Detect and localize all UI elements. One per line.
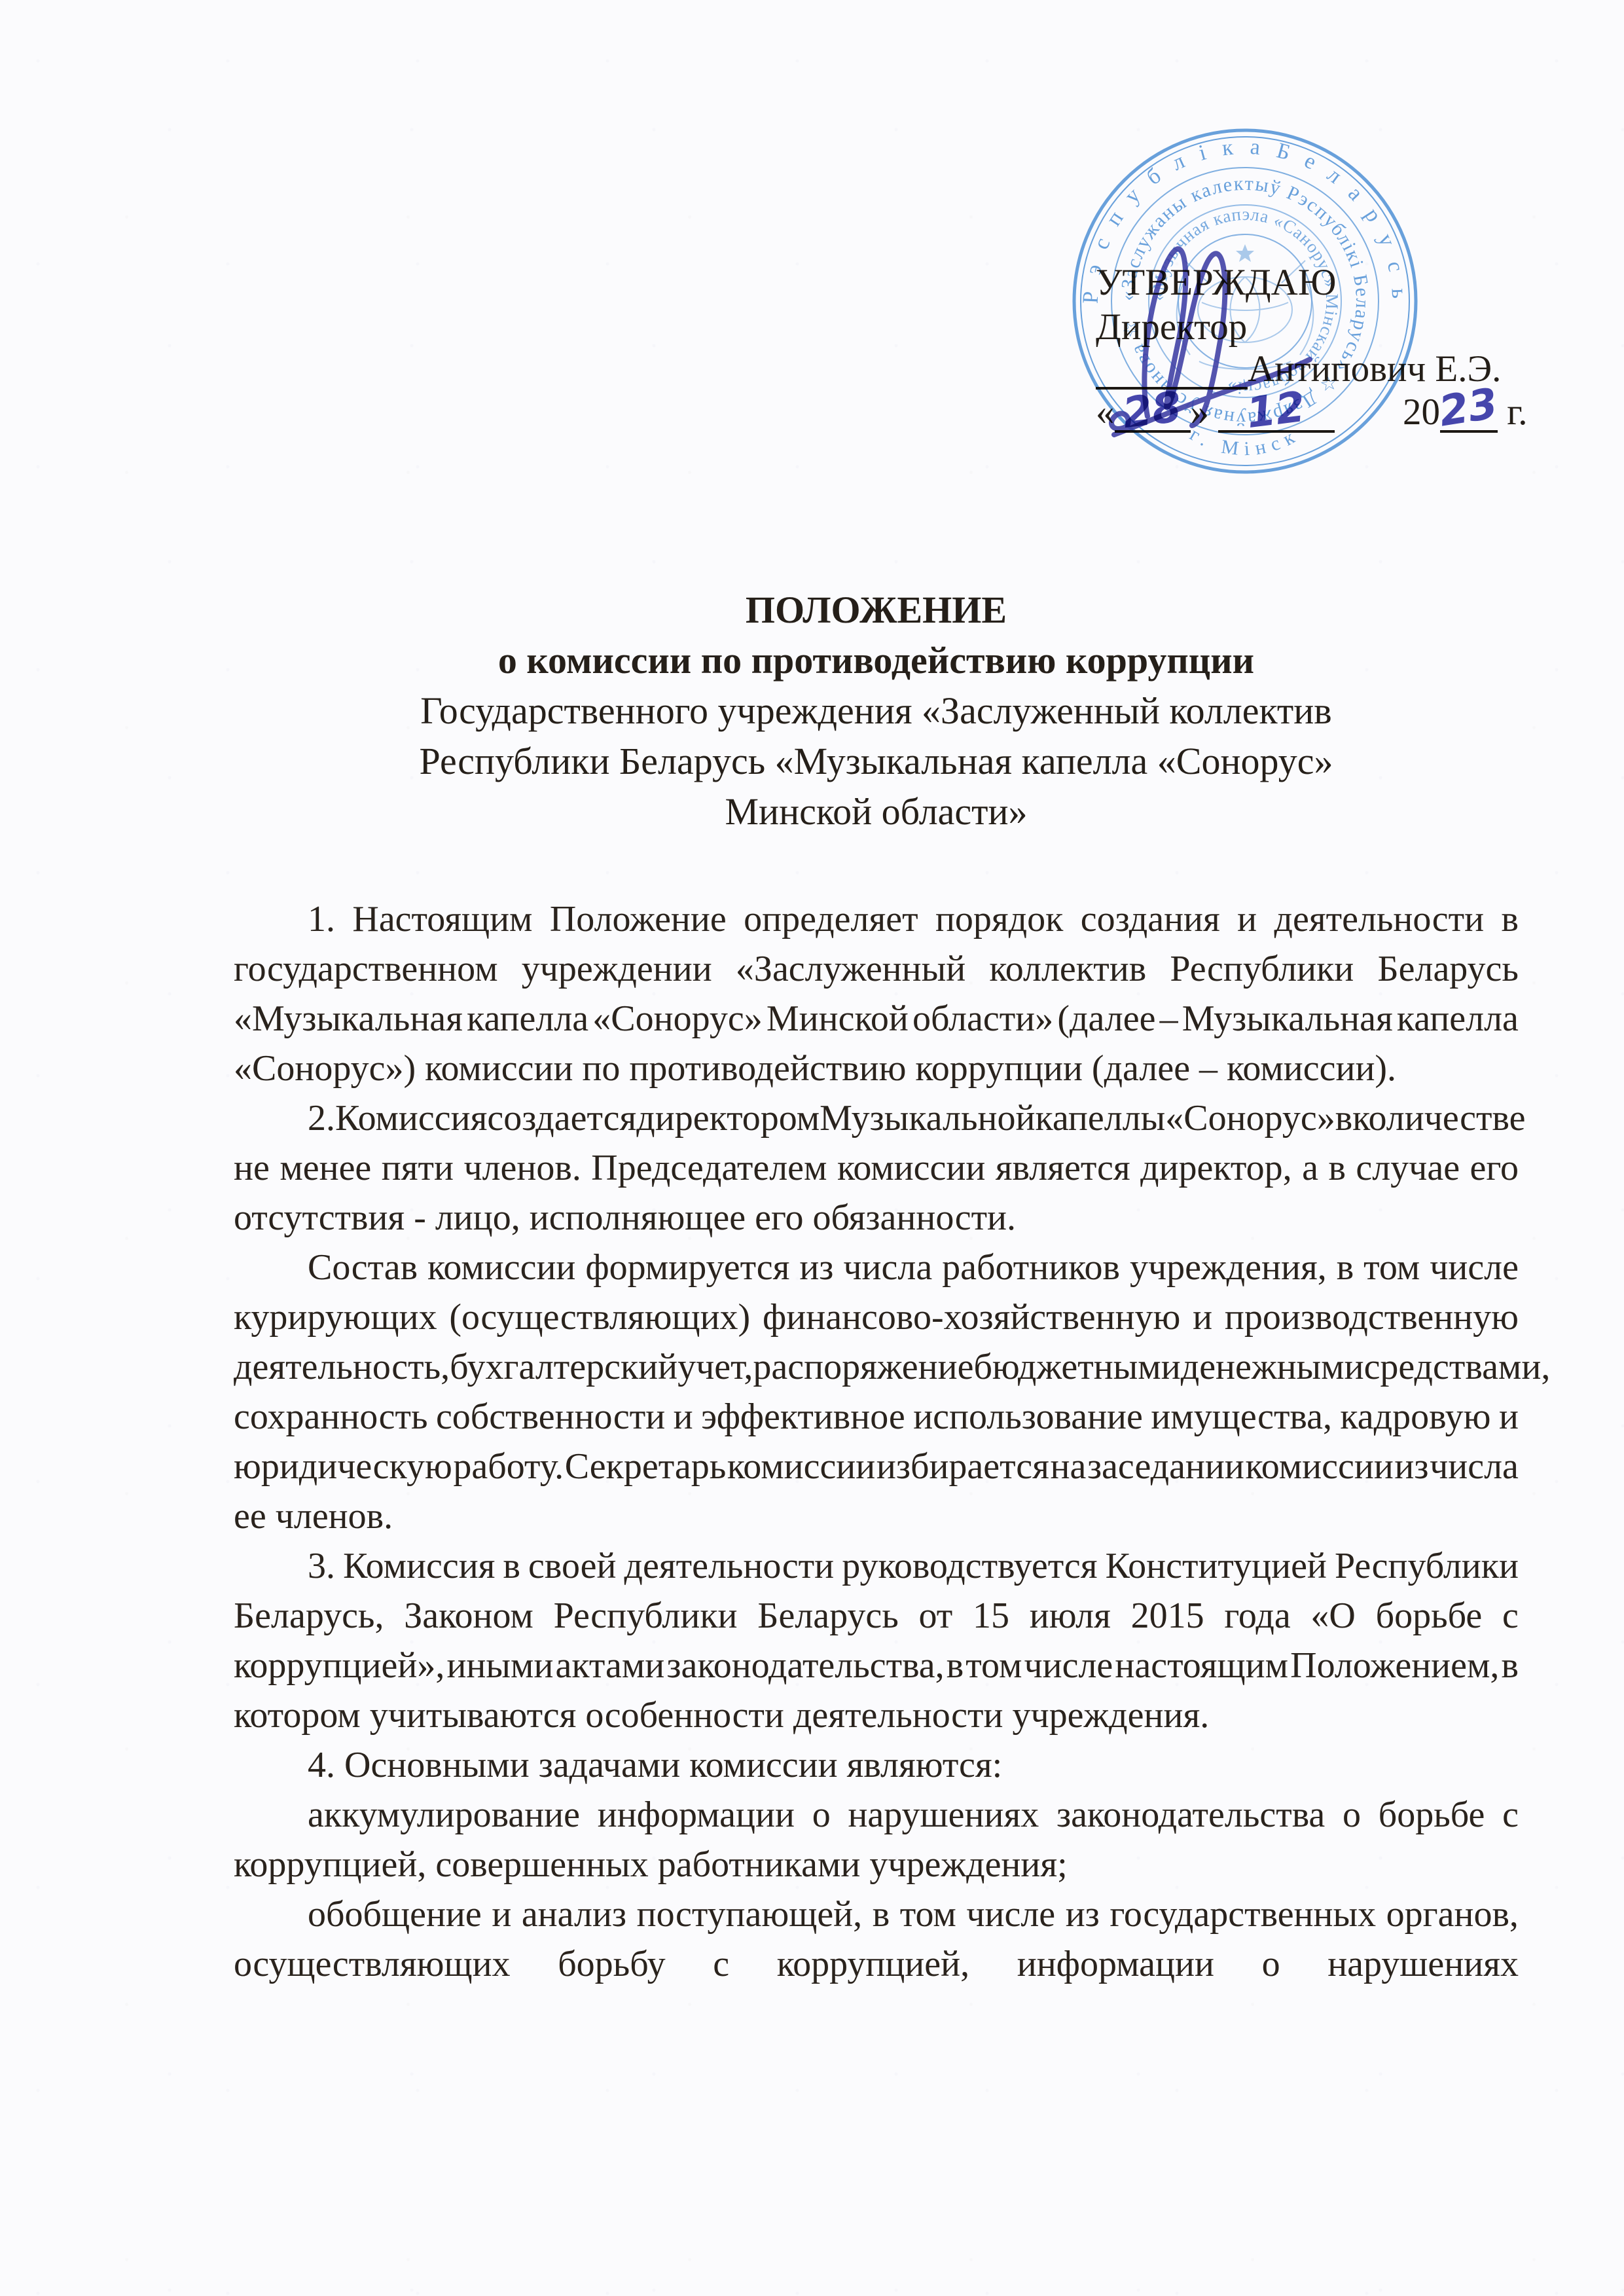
body-line: 4. Основными задачами комиссии являются: — [234, 1740, 1519, 1790]
body-line: отсутствия - лицо, исполняющее его обяза… — [234, 1193, 1519, 1243]
body-line: деятельность,бухгалтерскийучет,распоряже… — [234, 1342, 1519, 1392]
document-title: ПОЛОЖЕНИЕ о комиссии по противодействию … — [234, 585, 1519, 837]
body-line: осуществляющихборьбускоррупцией,информац… — [234, 1939, 1519, 1989]
scanned-document-page: УТВЕРЖДАЮ Директор Антипович Е.Э. «28»12… — [0, 0, 1624, 2296]
body-line: 2.КомиссиясоздаетсядиректоромМузыкальной… — [234, 1093, 1519, 1143]
body-line: сохранностьсобственностииэффективноеиспо… — [234, 1392, 1519, 1442]
date-g-abbrev: г. — [1507, 392, 1527, 433]
body-line: коррупцией»,инымиактамизаконодательства,… — [234, 1641, 1519, 1690]
body-line: юридическуюработу.Секретарькомиссииизбир… — [234, 1442, 1519, 1491]
title-line-2: о комиссии по противодействию коррупции — [234, 635, 1519, 685]
title-line-5: Минской области» — [234, 786, 1519, 837]
title-line-4: Республики Беларусь «Музыкальная капелла… — [234, 736, 1519, 786]
body-line: государственномучреждении«Заслуженныйкол… — [234, 944, 1519, 994]
document-body: 1.НастоящимПоложениеопределяетпорядоксоз… — [234, 894, 1519, 1989]
body-line: «Музыкальнаякапелла«Сонорус»Минскойоблас… — [234, 994, 1519, 1044]
body-line: ее членов. — [234, 1491, 1519, 1541]
body-line: Беларусь,ЗакономРеспубликиБеларусьот15ию… — [234, 1591, 1519, 1641]
stamp-emblem — [1177, 244, 1314, 369]
title-line-1: ПОЛОЖЕНИЕ — [234, 585, 1519, 635]
body-line: курирующих(осуществляющих)финансово-хозя… — [234, 1292, 1519, 1342]
body-line: неменеепятичленов.Председателемкомиссиия… — [234, 1143, 1519, 1193]
body-line: Составкомиссииформируетсяизчислаработник… — [234, 1243, 1519, 1292]
official-round-stamp: Р э с п у б л і к а Б е л а р у с ь «Зас… — [1074, 130, 1416, 472]
body-line: котором учитываются особенности деятельн… — [234, 1690, 1519, 1740]
stamp-and-signature-overlay: Р э с п у б л і к а Б е л а р у с ь «Зас… — [1008, 79, 1479, 537]
body-line: аккумулированиеинформациионарушенияхзако… — [234, 1790, 1519, 1840]
body-line: обобщениеианализпоступающей,втомчислеизг… — [234, 1889, 1519, 1939]
title-line-3: Государственного учреждения «Заслуженный… — [234, 685, 1519, 736]
body-line: 3.Комиссиявсвоейдеятельностируководствуе… — [234, 1541, 1519, 1591]
body-line: 1.НастоящимПоложениеопределяетпорядоксоз… — [234, 894, 1519, 944]
body-line: «Сонорус») комиссии по противодействию к… — [234, 1044, 1519, 1093]
body-line: коррупцией, совершенных работниками учре… — [234, 1840, 1519, 1889]
